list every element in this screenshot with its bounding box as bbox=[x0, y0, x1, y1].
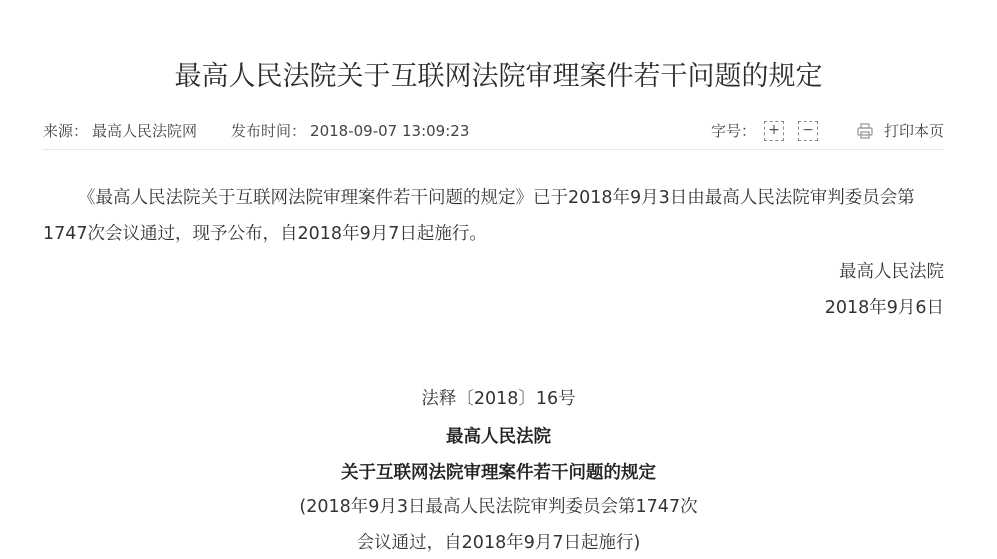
meta-right: 字号： + − 打印本页 bbox=[711, 120, 944, 141]
article-meta-bar: 来源：最高人民法院网发布时间：2018-09-07 13:09:23 字号： +… bbox=[43, 120, 944, 142]
meta-divider bbox=[43, 149, 944, 150]
meta-left: 来源：最高人民法院网发布时间：2018-09-07 13:09:23 bbox=[43, 120, 473, 141]
signature-date: 2018年9月6日 bbox=[825, 294, 944, 319]
font-size-label: 字号： bbox=[711, 120, 756, 141]
document-subtitle: 关于互联网法院审理案件若干问题的规定 bbox=[0, 459, 997, 484]
source-value: 最高人民法院网 bbox=[92, 122, 197, 140]
signature-org: 最高人民法院 bbox=[839, 258, 944, 283]
font-increase-button[interactable]: + bbox=[764, 121, 784, 141]
printer-icon[interactable] bbox=[856, 122, 874, 140]
font-decrease-button[interactable]: − bbox=[798, 121, 818, 141]
print-page-link[interactable]: 打印本页 bbox=[884, 120, 944, 141]
document-number: 法释〔2018〕16号 bbox=[0, 385, 997, 410]
publish-time-label: 发布时间： bbox=[231, 122, 306, 140]
source-label: 来源： bbox=[43, 122, 88, 140]
intro-paragraph: 《最高人民法院关于互联网法院审理案件若干问题的规定》已于2018年9月3日由最高… bbox=[43, 180, 944, 252]
document-note-line2: 会议通过，自2018年9月7日起施行) bbox=[0, 529, 997, 554]
document-note-line1: (2018年9月3日最高人民法院审判委员会第1747次 bbox=[0, 493, 997, 518]
article-title: 最高人民法院关于互联网法院审理案件若干问题的规定 bbox=[0, 54, 997, 93]
publish-time-value: 2018-09-07 13:09:23 bbox=[310, 122, 469, 140]
document-issuer: 最高人民法院 bbox=[0, 423, 997, 448]
